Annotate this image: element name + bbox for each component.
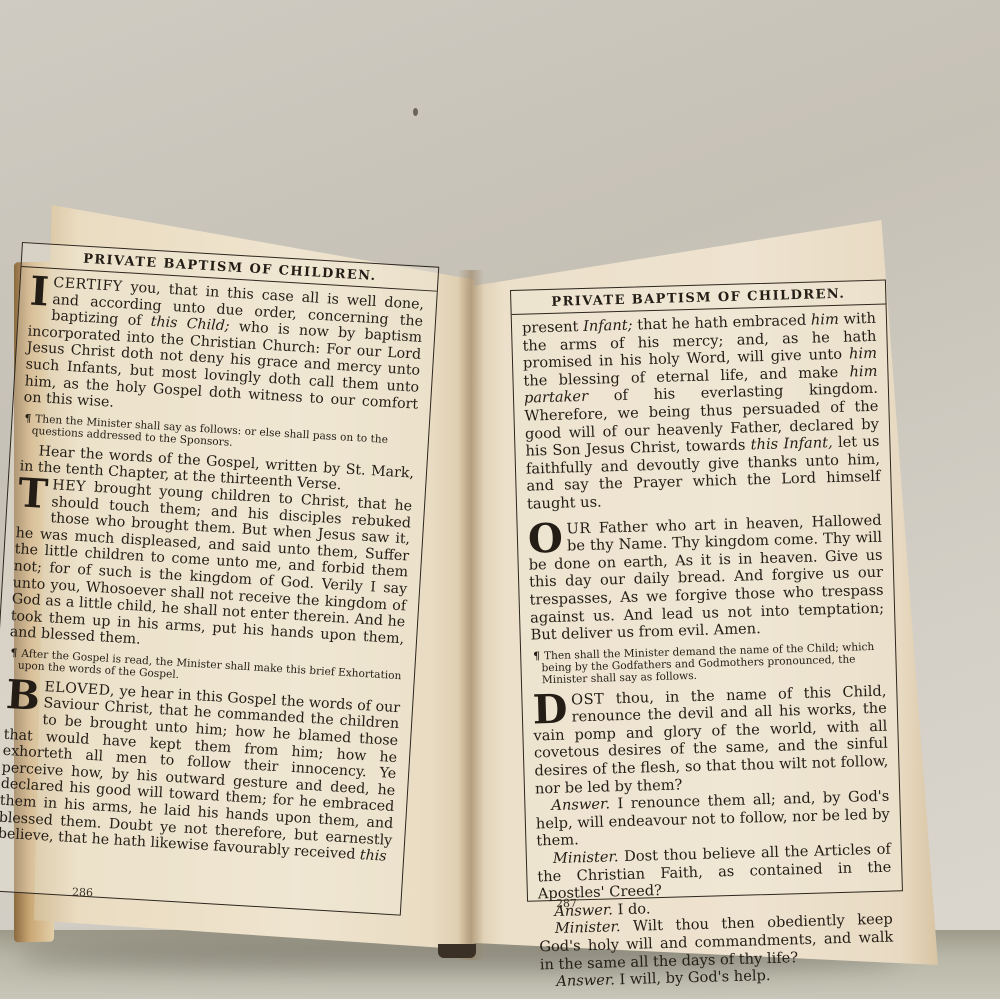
renounce-question: DOST thou, in the name of this Child, re… <box>532 682 889 797</box>
page-number-left: 286 <box>72 886 93 900</box>
gospel-paragraph: THEY brought young children to Christ, t… <box>9 475 412 664</box>
dropcap-i: I <box>29 276 50 309</box>
pilcrow-icon: ¶ <box>533 650 540 662</box>
pilcrow-icon: ¶ <box>10 647 17 659</box>
lords-prayer: OUR Father who art in heaven, Hallowed b… <box>527 511 884 644</box>
rubric-name-child: ¶Then shall the Minister demand the name… <box>531 640 886 686</box>
infant-paragraph: present Infant; that he hath embraced hi… <box>522 310 881 513</box>
wall-speck <box>413 108 418 116</box>
right-page-text-frame: PRIVATE BAPTISM OF CHILDREN. present Inf… <box>510 280 903 902</box>
book-gutter <box>458 270 484 960</box>
left-page-text-frame: PRIVATE BAPTISM OF CHILDREN. ICERTIFY yo… <box>0 242 439 916</box>
certify-paragraph: ICERTIFY you, that in this case all is w… <box>23 274 424 430</box>
pilcrow-icon: ¶ <box>24 412 31 424</box>
dropcap-d: D <box>532 693 568 726</box>
dropcap-b: B <box>5 679 41 713</box>
dropcap-o: O <box>528 522 564 555</box>
page-number-right: 287 <box>556 897 577 910</box>
beloved-paragraph: BELOVED, ye hear in this Gospel the word… <box>0 677 400 866</box>
book-spine <box>438 944 476 958</box>
dropcap-t: T <box>17 477 49 511</box>
